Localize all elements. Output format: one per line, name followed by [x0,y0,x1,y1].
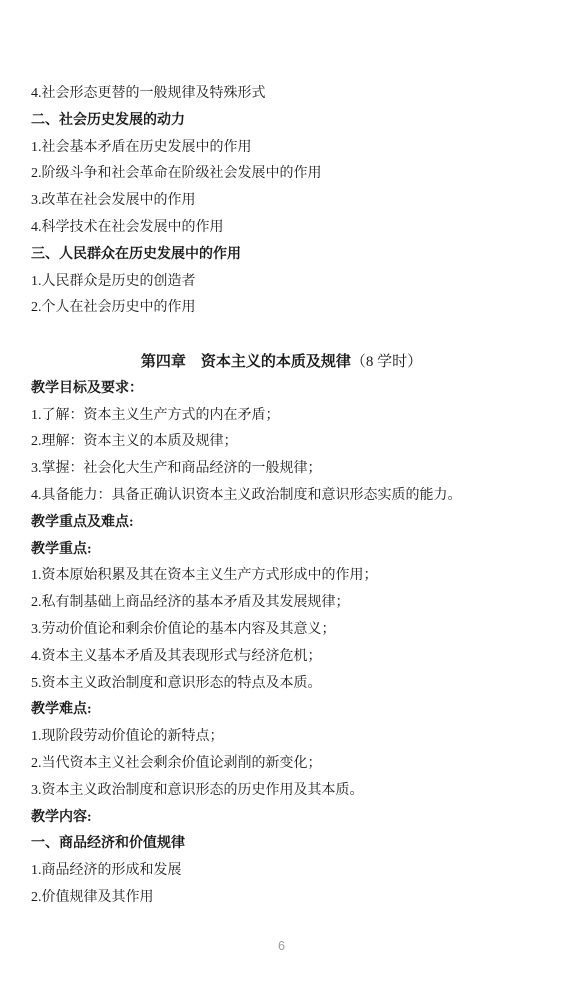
doc-line: 1.资本原始积累及其在资本主义生产方式形成中的作用； [31,563,532,590]
doc-heading-line: 教学重点: [31,537,532,564]
doc-heading-line: 教学内容: [31,805,532,832]
doc-line: 2.价值规律及其作用 [31,885,532,912]
doc-line: 2.当代资本主义社会剩余价值论剥削的新变化； [31,751,532,778]
chapter-heading-hours: （8 学时） [351,354,422,370]
doc-line: 2.个人在社会历史中的作用 [31,295,532,322]
doc-line: 4.资本主义基本矛盾及其表现形式与经济危机； [31,644,532,671]
doc-line: 2.理解：资本主义的本质及规律； [31,429,532,456]
doc-line: 2.阶级斗争和社会革命在阶级社会发展中的作用 [31,161,532,188]
doc-heading-line: 二、社会历史发展的动力 [31,108,532,135]
doc-line: 3.改革在社会发展中的作用 [31,188,532,215]
document-content: 4.社会形态更替的一般规律及特殊形式二、社会历史发展的动力1.社会基本矛盾在历史… [31,81,532,912]
doc-heading-line: 一、商品经济和价值规律 [31,831,532,858]
doc-heading-line: 教学重点及难点: [31,510,532,537]
doc-line: 1.商品经济的形成和发展 [31,858,532,885]
doc-line: 3.劳动价值论和剩余价值论的基本内容及其意义； [31,617,532,644]
doc-line: 2.私有制基础上商品经济的基本矛盾及其发展规律； [31,590,532,617]
page-number: 6 [0,936,563,956]
doc-line: 5.资本主义政治制度和意识形态的特点及本质。 [31,671,532,698]
doc-line: 1.了解：资本主义生产方式的内在矛盾； [31,403,532,430]
doc-heading-line: 教学难点: [31,697,532,724]
doc-line: 4.科学技术在社会发展中的作用 [31,215,532,242]
doc-line: 4.具备能力：具备正确认识资本主义政治制度和意识形态实质的能力。 [31,483,532,510]
doc-line: 1.人民群众是历史的创造者 [31,269,532,296]
chapter-heading: 第四章 资本主义的本质及规律（8 学时） [31,349,532,376]
doc-heading-line: 三、人民群众在历史发展中的作用 [31,242,532,269]
doc-line: 1.现阶段劳动价值论的新特点； [31,724,532,751]
doc-line: 1.社会基本矛盾在历史发展中的作用 [31,135,532,162]
document-page: 4.社会形态更替的一般规律及特殊形式二、社会历史发展的动力1.社会基本矛盾在历史… [0,0,563,1000]
chapter-heading-title: 第四章 资本主义的本质及规律 [141,354,351,370]
doc-heading-line: 教学目标及要求： [31,376,532,403]
doc-line: 3.资本主义政治制度和意识形态的历史作用及其本质。 [31,778,532,805]
doc-line: 3.掌握：社会化大生产和商品经济的一般规律； [31,456,532,483]
doc-line: 4.社会形态更替的一般规律及特殊形式 [31,81,532,108]
